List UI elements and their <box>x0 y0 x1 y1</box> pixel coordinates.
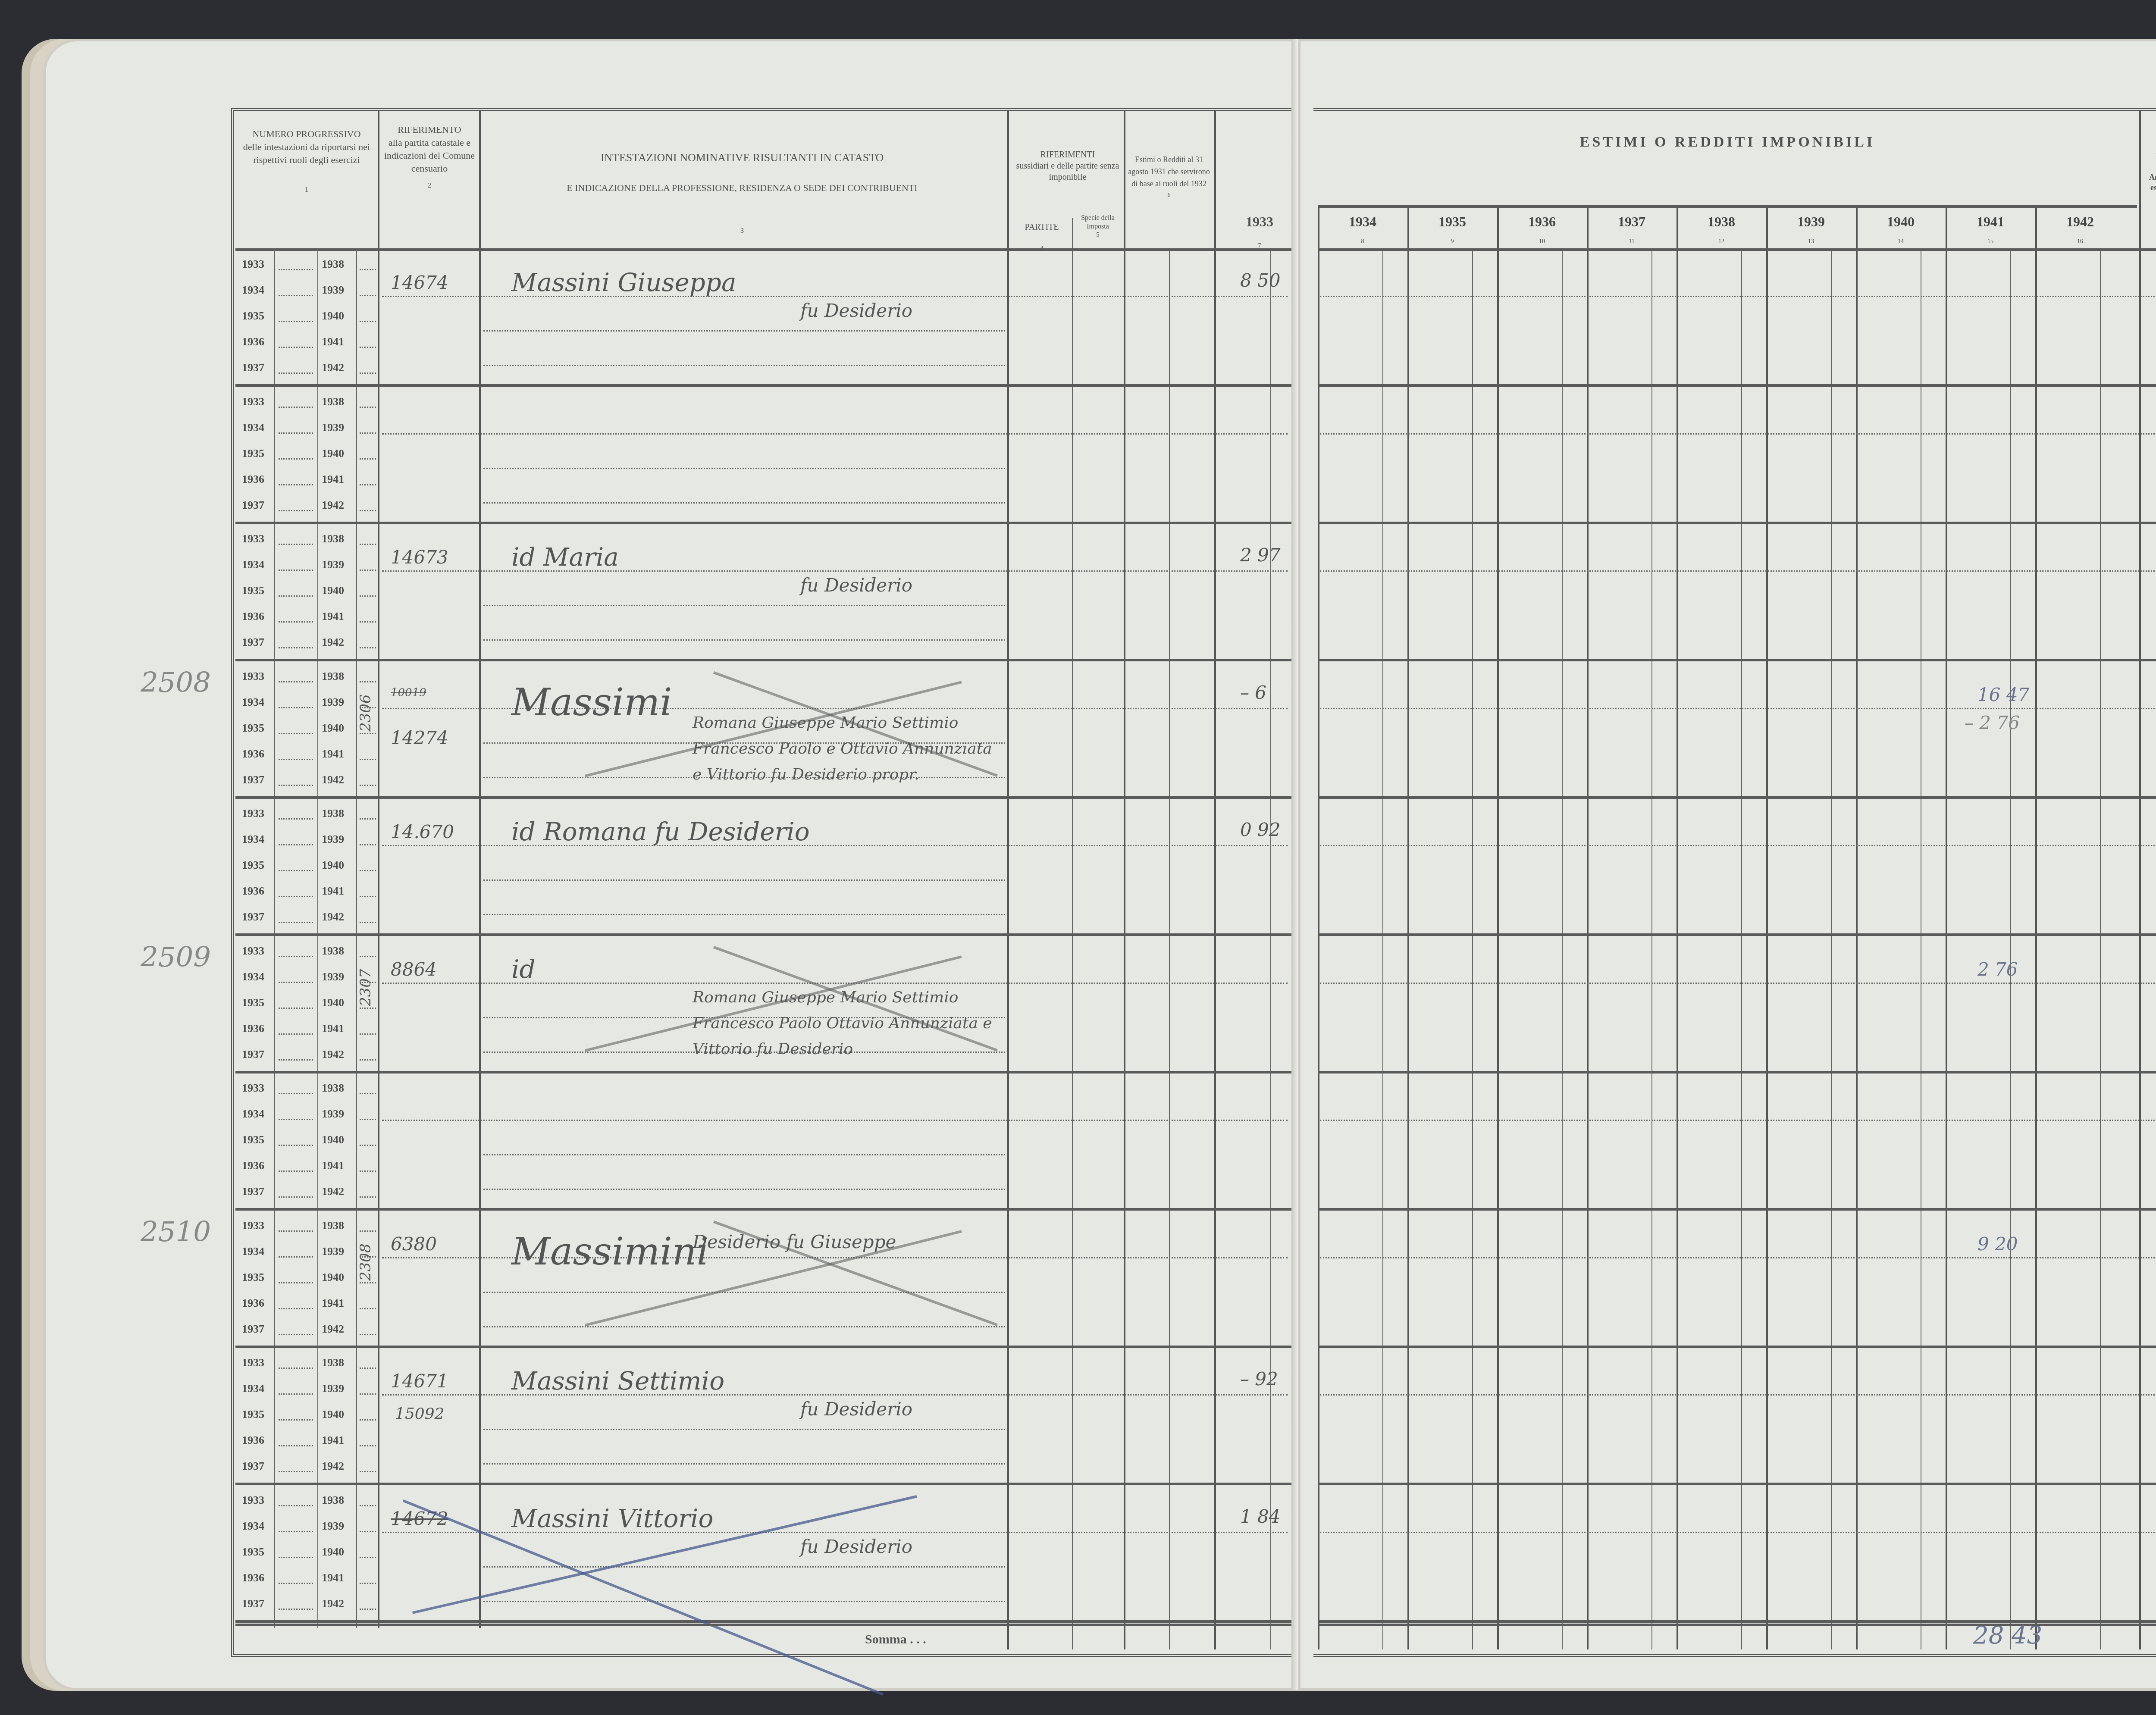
year-label: 1936 <box>1497 214 1587 230</box>
year-fill-line <box>279 1609 313 1610</box>
partita-number: 14672 <box>391 1508 448 1529</box>
table-bottom-rule <box>235 1624 1305 1626</box>
year-label-right: 1939 <box>322 970 344 983</box>
year-label-right: 1939 <box>322 1520 344 1533</box>
entry-separator <box>1318 384 2156 387</box>
year-fill-line <box>279 1119 313 1120</box>
cents-divider <box>1831 248 1832 1649</box>
entry-separator <box>1318 1071 2156 1073</box>
header-col7: 1933 7 <box>1216 214 1303 250</box>
ruled-line <box>1320 1120 2156 1121</box>
header-bottom-rule <box>1318 248 2156 251</box>
year-fill-line <box>279 295 313 296</box>
value-1933: – 92 <box>1240 1368 1278 1390</box>
year-fill-line <box>360 818 376 820</box>
estimi-subheader-rule <box>1318 205 2137 208</box>
value-1933: 8 50 <box>1240 270 1281 291</box>
value-1933: – 6 <box>1240 682 1266 703</box>
year-subdivider <box>274 248 275 1628</box>
year-fill-line <box>279 707 313 708</box>
entry-name: Massini Settimio <box>511 1366 724 1396</box>
year-label-right: 1942 <box>322 773 344 786</box>
cents-divider <box>1382 248 1383 1649</box>
year-fill-line <box>279 621 313 623</box>
year-label-right: 1939 <box>322 1108 344 1120</box>
entry-father-or-heirs: fu Desiderio <box>800 298 1007 324</box>
ruled-line <box>483 365 1005 366</box>
year-fill-line <box>360 1557 376 1558</box>
cents-divider <box>1651 248 1652 1649</box>
ruled-line <box>483 914 1005 915</box>
estimi-title: ESTIMI O REDDITI IMPONIBILI <box>1318 134 2137 150</box>
value-1933: 1 84 <box>1240 1506 1281 1527</box>
right-page: Mod. 111 - Imposte Dirette (Intercalare)… <box>1298 39 2156 1691</box>
year-label-right: 1940 <box>322 1408 344 1421</box>
entry-separator <box>235 1208 1305 1211</box>
year-label-right: 1941 <box>322 1571 344 1584</box>
year-label-right: 1942 <box>322 1460 344 1473</box>
entry-separator <box>1318 796 2156 799</box>
year-label-right: 1941 <box>322 1022 344 1035</box>
year-label-left: 1935 <box>242 996 264 1009</box>
year-label-right: 1941 <box>322 610 344 623</box>
entry-name: id Maria <box>511 542 619 572</box>
year-label-left: 1933 <box>242 807 264 820</box>
year-fill-line <box>279 922 313 923</box>
year-label-right: 1939 <box>322 833 344 846</box>
entry-separator <box>1318 1346 2156 1348</box>
total-1941: 28 43 <box>1973 1621 2042 1649</box>
header-col4: PARTITE 4 <box>1012 222 1072 252</box>
year-label-right: 1940 <box>322 584 344 597</box>
entry-separator <box>1318 659 2156 661</box>
partita-number: 14673 <box>391 547 448 568</box>
col17-number: 17 <box>2141 203 2156 213</box>
ruled-line <box>483 1601 1005 1602</box>
col4-title: PARTITE <box>1012 222 1072 232</box>
entry-name: Massimi <box>511 680 672 724</box>
col-divider <box>1497 207 1499 1649</box>
ruled-line <box>483 1292 1005 1293</box>
year-header-1935: 1935 9 <box>1407 214 1497 245</box>
ruled-line <box>382 1120 1288 1121</box>
col6-title: Estimi o Redditi al 31 agosto 1931 che s… <box>1126 153 1212 190</box>
year-fill-line <box>360 785 376 786</box>
col-divider <box>1677 207 1678 1649</box>
year-col-number: 8 <box>1318 238 1407 245</box>
year-label-right: 1938 <box>322 1219 344 1232</box>
year-label-right: 1940 <box>322 1133 344 1146</box>
col-divider <box>1214 110 1216 1649</box>
year-fill-line <box>360 458 376 460</box>
year-fill-line <box>279 956 313 957</box>
year-label-left: 1934 <box>242 833 264 846</box>
margin-number: 2510 <box>141 1216 211 1248</box>
year-label-left: 1933 <box>242 1356 264 1369</box>
col45-subtitle: sussidiari e delle partite senza imponib… <box>1012 160 1124 183</box>
year-subdivider <box>317 248 318 1628</box>
year-fill-line <box>360 295 376 296</box>
col-divider <box>1407 207 1409 1649</box>
col-divider <box>1124 110 1125 1649</box>
year-fill-line <box>279 844 313 845</box>
year-header-1940: 1940 14 <box>1856 214 1946 245</box>
year-header-1939: 1939 13 <box>1766 214 1856 245</box>
year-subdivider <box>356 248 357 1628</box>
ruled-line <box>483 1154 1005 1155</box>
year-fill-line <box>360 896 376 897</box>
year-fill-line <box>360 647 376 648</box>
cents-divider <box>1562 248 1563 1649</box>
year-label-left: 1936 <box>242 1159 264 1172</box>
entry-separator <box>235 522 1305 524</box>
ruled-line <box>1320 570 2156 572</box>
year-fill-line <box>279 407 313 408</box>
year-fill-line <box>279 647 313 648</box>
year-col-number: 12 <box>1677 238 1766 245</box>
year-label-left: 1935 <box>242 1133 264 1146</box>
col-divider <box>2139 110 2141 1649</box>
year-fill-line <box>360 621 376 623</box>
entry-separator <box>1318 1208 2156 1211</box>
value-1941-adjust: – 2 76 <box>1965 712 2020 733</box>
year-label-right: 1938 <box>322 1082 344 1095</box>
year-fill-line <box>360 956 376 957</box>
year-fill-line <box>279 570 313 571</box>
year-label-right: 1941 <box>322 748 344 760</box>
year-fill-line <box>279 484 313 485</box>
year-label-left: 1935 <box>242 859 264 872</box>
header-col45: RIFERIMENTI sussidiari e delle partite s… <box>1012 149 1124 183</box>
ruled-line <box>1320 1532 2156 1533</box>
year-label-right: 1940 <box>322 447 344 460</box>
partita-old: 10019 <box>391 686 426 699</box>
col1-number: 1 <box>235 184 378 197</box>
year-label-right: 1938 <box>322 532 344 545</box>
year-label-right: 1942 <box>322 1185 344 1198</box>
year-label-left: 1933 <box>242 1082 264 1095</box>
entry-name: Massini Vittorio <box>511 1504 714 1533</box>
partita-number-b: 15092 <box>395 1405 445 1423</box>
year-label-left: 1933 <box>242 395 264 408</box>
year-header-1942: 1942 16 <box>2035 214 2125 245</box>
entry-name: id Romana fu Desiderio <box>511 817 810 846</box>
col-divider <box>1766 207 1768 1649</box>
col-divider <box>2035 207 2037 1649</box>
header-col5: Specie della Imposta 5 <box>1074 214 1122 240</box>
year-label-right: 1939 <box>322 1382 344 1395</box>
value-1933: 0 92 <box>1240 819 1281 840</box>
year-fill-line <box>279 1059 313 1061</box>
value-1933: 2 97 <box>1240 545 1281 566</box>
ruled-line <box>483 879 1005 881</box>
partita-number: 14674 <box>391 272 448 293</box>
year-fill-line <box>279 1230 313 1232</box>
year-label: 1940 <box>1856 214 1946 230</box>
year-fill-line <box>279 1282 313 1283</box>
year-label-right: 1938 <box>322 1356 344 1369</box>
cents-divider <box>2100 248 2101 1649</box>
value-1941: 9 20 <box>1977 1233 2018 1255</box>
col45-title: RIFERIMENTI <box>1012 149 1124 160</box>
year-fill-line <box>279 595 313 597</box>
year-fill-line <box>360 570 376 571</box>
year-label-left: 1936 <box>242 1297 264 1310</box>
partita-number: 14274 <box>391 727 448 748</box>
margin-number: 2509 <box>141 942 211 973</box>
year-fill-line <box>279 1033 313 1035</box>
year-label-left: 1933 <box>242 1219 264 1232</box>
sub-reference: 2307 <box>357 969 374 1006</box>
year-label-right: 1942 <box>322 1597 344 1610</box>
value-1941: 2 76 <box>1977 959 2018 980</box>
header-col2: RIFERIMENTO alla partita catastale e ind… <box>382 123 477 192</box>
year-label-right: 1942 <box>322 499 344 512</box>
year-col-number: 16 <box>2035 238 2125 245</box>
year-label-left: 1936 <box>242 335 264 348</box>
year-fill-line <box>279 759 313 760</box>
year-fill-line <box>360 372 376 374</box>
cents-divider <box>1921 248 1921 1649</box>
year-label-left: 1936 <box>242 748 264 760</box>
ruled-line <box>483 468 1005 469</box>
year-header-1934: 1934 8 <box>1318 214 1407 245</box>
col2-number: 2 <box>382 179 477 192</box>
open-ledger-book: NUMERO PROGRESSIVO delle intestazioni da… <box>26 30 2156 1703</box>
col-divider <box>1270 248 1271 1649</box>
year-header-1937: 1937 11 <box>1587 214 1677 245</box>
year-label-left: 1934 <box>242 1382 264 1395</box>
year-label-left: 1935 <box>242 1408 264 1421</box>
year-col-number: 14 <box>1856 238 1946 245</box>
year-label-right: 1938 <box>322 395 344 408</box>
entry-separator <box>235 1620 1305 1623</box>
year-fill-line <box>360 1609 376 1610</box>
entry-name: Massimini <box>511 1229 708 1274</box>
col5-number: 5 <box>1074 231 1122 240</box>
year-label: 1942 <box>2035 214 2125 230</box>
year-col-number: 13 <box>1766 238 1856 245</box>
year-fill-line <box>360 1145 376 1146</box>
year-fill-line <box>279 269 313 270</box>
year-fill-line <box>279 372 313 374</box>
ruled-line <box>483 502 1005 504</box>
year-label-right: 1940 <box>322 859 344 872</box>
year-fill-line <box>360 1282 376 1283</box>
year-fill-line <box>360 1471 376 1472</box>
year-fill-line <box>279 681 313 682</box>
year-label-left: 1934 <box>242 696 264 709</box>
year-label-right: 1938 <box>322 945 344 958</box>
year-label-left: 1936 <box>242 473 264 486</box>
year-fill-line <box>279 1145 313 1146</box>
year-fill-line <box>360 321 376 322</box>
year-fill-line <box>279 432 313 434</box>
year-label-left: 1934 <box>242 970 264 983</box>
year-fill-line <box>360 407 376 408</box>
sub-reference: 2308 <box>357 1243 374 1281</box>
year-label-left: 1935 <box>242 1546 264 1559</box>
year-fill-line <box>279 1008 313 1009</box>
year-label-left: 1933 <box>242 670 264 683</box>
year-fill-line <box>279 1505 313 1506</box>
year-label: 1937 <box>1587 214 1677 230</box>
cents-divider <box>2010 248 2011 1649</box>
year-header-1936: 1936 10 <box>1497 214 1587 245</box>
entry-separator <box>1318 933 2156 936</box>
year-label: 1934 <box>1318 214 1407 230</box>
year-label-left: 1936 <box>242 1022 264 1035</box>
year-fill-line <box>360 1393 376 1395</box>
year-fill-line <box>279 1256 313 1258</box>
col-divider <box>1587 207 1589 1649</box>
year-fill-line <box>360 1059 376 1061</box>
partita-number: 14671 <box>391 1371 448 1392</box>
year-col-number: 9 <box>1407 238 1497 245</box>
year-label-right: 1942 <box>322 636 344 649</box>
year-label-right: 1940 <box>322 722 344 735</box>
entry-separator <box>235 384 1305 387</box>
year-label-right: 1939 <box>322 558 344 571</box>
year-label: 1938 <box>1677 214 1766 230</box>
year-label-left: 1933 <box>242 1494 264 1507</box>
year-label-left: 1936 <box>242 610 264 623</box>
cents-divider <box>1741 248 1742 1649</box>
year-label-left: 1935 <box>242 447 264 460</box>
margin-number: 2508 <box>141 667 211 699</box>
year-label-left: 1937 <box>242 773 264 786</box>
year-label-left: 1934 <box>242 1245 264 1258</box>
entry-separator <box>235 1346 1305 1348</box>
year-label-right: 1939 <box>322 421 344 434</box>
ruled-line <box>1320 845 2156 846</box>
col1-title: NUMERO PROGRESSIVO <box>235 128 378 141</box>
year-fill-line <box>360 544 376 545</box>
year-label-left: 1937 <box>242 361 264 374</box>
year-fill-line <box>360 844 376 845</box>
ruled-line <box>483 1189 1005 1190</box>
entry-father-or-heirs: fu Desiderio <box>800 573 1007 598</box>
year-label-left: 1933 <box>242 532 264 545</box>
col-divider <box>1318 207 1319 1649</box>
year-label-left: 1933 <box>242 945 264 958</box>
year-fill-line <box>360 269 376 270</box>
year-fill-line <box>360 1505 376 1506</box>
year-fill-line <box>360 1419 376 1421</box>
year-label-right: 1942 <box>322 911 344 923</box>
year-fill-line <box>360 1368 376 1369</box>
ruled-line <box>1320 1257 2156 1258</box>
year-fill-line <box>279 544 313 545</box>
year-label-right: 1940 <box>322 1546 344 1559</box>
year-fill-line <box>279 1334 313 1335</box>
ruled-line <box>483 1463 1005 1465</box>
ruled-line <box>483 1429 1005 1430</box>
ruled-line <box>1320 296 2156 297</box>
year-label-right: 1939 <box>322 696 344 709</box>
year-label-right: 1939 <box>322 284 344 297</box>
year-label-left: 1937 <box>242 1185 264 1198</box>
year-label-left: 1937 <box>242 499 264 512</box>
col17-subtitle: Ammontare degli estimi o redditi e scade… <box>2141 172 2156 203</box>
entry-father-or-heirs: fu Desiderio <box>800 1396 1007 1422</box>
year-fill-line <box>279 458 313 460</box>
year-label-left: 1936 <box>242 1571 264 1584</box>
col2-title: RIFERIMENTO <box>382 123 477 136</box>
year-fill-line <box>279 1531 313 1532</box>
entry-separator <box>235 659 1305 661</box>
col17-dash: — <box>2141 162 2156 172</box>
year-fill-line <box>279 510 313 511</box>
year-fill-line <box>279 1308 313 1309</box>
year-fill-line <box>279 896 313 897</box>
entry-separator <box>1318 522 2156 524</box>
col-divider <box>1856 207 1858 1649</box>
table-outer-frame-right <box>1313 108 2156 1657</box>
year-fill-line <box>360 681 376 682</box>
year-fill-line <box>279 1393 313 1395</box>
year-label-right: 1940 <box>322 996 344 1009</box>
year-label-right: 1938 <box>322 1494 344 1507</box>
year-label-right: 1942 <box>322 1323 344 1336</box>
year-label-left: 1934 <box>242 1108 264 1120</box>
header-col1: NUMERO PROGRESSIVO delle intestazioni da… <box>235 128 378 197</box>
year-label-left: 1934 <box>242 1520 264 1533</box>
year-fill-line <box>360 1445 376 1446</box>
col5-title: Specie della Imposta <box>1074 214 1122 231</box>
year-fill-line <box>360 922 376 923</box>
col17-title: ESENZIONI <box>2141 151 2156 162</box>
ruled-line <box>1320 433 2156 435</box>
year-fill-line <box>279 1419 313 1421</box>
year-label: 1941 <box>1946 214 2035 230</box>
year-label-left: 1937 <box>242 636 264 649</box>
year-label-right: 1940 <box>322 310 344 322</box>
year-fill-line <box>360 733 376 734</box>
entry-separator <box>1318 1483 2156 1485</box>
entry-separator <box>235 1483 1305 1485</box>
sub-reference: 2306 <box>357 694 374 732</box>
year-label-left: 1935 <box>242 584 264 597</box>
col-divider <box>479 110 481 1628</box>
year-header-1941: 1941 15 <box>1946 214 2035 245</box>
year-label-left: 1934 <box>242 284 264 297</box>
year-label-right: 1941 <box>322 335 344 348</box>
year-label-right: 1941 <box>322 885 344 898</box>
ruled-line <box>483 330 1005 332</box>
year-fill-line <box>360 1230 376 1232</box>
entry-separator <box>235 1071 1305 1073</box>
partita-number: 8864 <box>391 959 437 980</box>
year-label-right: 1941 <box>322 1159 344 1172</box>
year-fill-line <box>279 1557 313 1558</box>
col3-number: 3 <box>481 222 1003 240</box>
year-label-right: 1941 <box>322 473 344 486</box>
ruled-line <box>1320 708 2156 709</box>
header-col6: Estimi o Redditi al 31 agosto 1931 che s… <box>1126 153 1212 202</box>
year-fill-line <box>360 1033 376 1035</box>
year-label-left: 1937 <box>242 911 264 923</box>
year-label-right: 1942 <box>322 361 344 374</box>
cents-divider <box>1472 248 1473 1649</box>
year-label-left: 1934 <box>242 421 264 434</box>
year-fill-line <box>360 1583 376 1584</box>
year-fill-line <box>360 1008 376 1009</box>
col-divider <box>378 110 379 1628</box>
year-label-left: 1935 <box>242 1271 264 1284</box>
year-fill-line <box>279 733 313 734</box>
year-label: 1939 <box>1766 214 1856 230</box>
